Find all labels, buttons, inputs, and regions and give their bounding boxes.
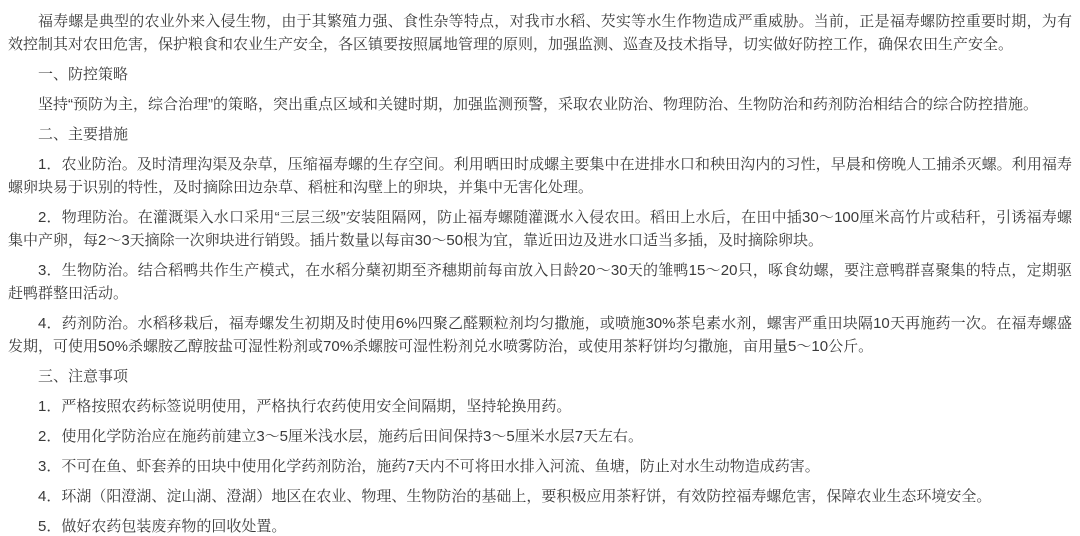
document-page: 福寿螺是典型的农业外来入侵生物，由于其繁殖力强、食性杂等特点，对我市水稻、芡实等… — [0, 0, 1080, 536]
note-item-lake-areas: 4．环湖（阳澄湖、淀山湖、澄湖）地区在农业、物理、生物防治的基础上，要积极应用茶… — [8, 485, 1072, 508]
section-heading-precautions: 三、注意事项 — [8, 365, 1072, 388]
measure-item-agricultural-control: 1．农业防治。及时清理沟渠及杂草，压缩福寿螺的生存空间。利用晒田时成螺主要集中在… — [8, 153, 1072, 199]
measure-item-chemical-control: 4．药剂防治。水稻移栽后，福寿螺发生初期及时使用6%四聚乙醛颗粒剂均匀撒施，或喷… — [8, 312, 1072, 358]
measure-item-biological-control: 3．生物防治。结合稻鸭共作生产模式，在水稻分蘖初期至齐穗期前每亩放入日龄20～3… — [8, 259, 1072, 305]
note-item-water-layer: 2．使用化学防治应在施药前建立3～5厘米浅水层，施药后田间保持3～5厘米水层7天… — [8, 425, 1072, 448]
strategy-paragraph: 坚持“预防为主，综合治理”的策略，突出重点区域和关键时期，加强监测预警，采取农业… — [8, 93, 1072, 116]
note-item-fish-shrimp-fields: 3．不可在鱼、虾套养的田块中使用化学药剂防治，施药7天内不可将田水排入河流、鱼塘… — [8, 455, 1072, 478]
note-item-pesticide-label: 1．严格按照农药标签说明使用，严格执行农药使用安全间隔期，坚持轮换用药。 — [8, 395, 1072, 418]
section-heading-prevention-strategy: 一、防控策略 — [8, 63, 1072, 86]
section-heading-main-measures: 二、主要措施 — [8, 123, 1072, 146]
note-item-packaging-recycle: 5．做好农药包装废弃物的回收处置。 — [8, 515, 1072, 536]
measure-item-physical-control: 2．物理防治。在灌溉渠入水口采用“三层三级”安装阻隔网，防止福寿螺随灌溉水入侵农… — [8, 206, 1072, 252]
intro-paragraph: 福寿螺是典型的农业外来入侵生物，由于其繁殖力强、食性杂等特点，对我市水稻、芡实等… — [8, 10, 1072, 56]
